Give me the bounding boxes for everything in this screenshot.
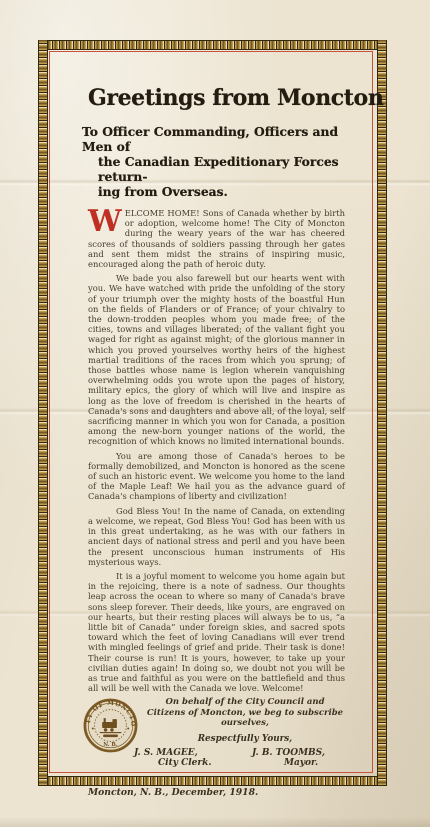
body-paragraph: God Bless You! In the name of Canada, on… bbox=[88, 506, 345, 567]
paper-edge-shadow bbox=[0, 817, 430, 827]
ornate-border-right bbox=[377, 40, 387, 786]
dateline: Moncton, N. B., December, 1918. bbox=[88, 787, 345, 798]
body-paragraph: You are among those of Canada's heroes t… bbox=[88, 451, 345, 502]
signature-city-clerk: J. S. MAGEE, City Clerk. bbox=[134, 748, 212, 768]
salutation-line: ing from Overseas. bbox=[82, 184, 358, 199]
letter-salutation: To Officer Commanding, Officers and Men … bbox=[82, 124, 358, 199]
letter-content: Greetings from Moncton To Officer Comman… bbox=[88, 86, 345, 798]
signature-row: J. S. MAGEE, City Clerk. J. B. TOOMBS, M… bbox=[88, 748, 345, 770]
ornate-border-left bbox=[38, 40, 48, 786]
city-seal: CITY OF MONCTON N. B. bbox=[82, 697, 139, 754]
body-paragraph: WELCOME HOME! Sons of Canada whether by … bbox=[88, 208, 345, 269]
signature-role: City Clerk. bbox=[134, 758, 212, 768]
on-behalf-text: On behalf of the City Council and Citize… bbox=[145, 697, 345, 728]
signature-name: J. B. TOOMBS, bbox=[252, 748, 325, 758]
respectfully-text: Respectfully Yours, bbox=[145, 734, 345, 744]
body-paragraph: It is a joyful moment to welcome you hom… bbox=[88, 571, 345, 693]
letter-title: Greetings from Moncton bbox=[88, 86, 345, 111]
letter-page: Greetings from Moncton To Officer Comman… bbox=[0, 0, 430, 827]
drop-cap: W bbox=[88, 209, 122, 235]
letter-body: WELCOME HOME! Sons of Canada whether by … bbox=[88, 208, 345, 693]
ornate-border-top bbox=[38, 40, 387, 50]
signature-name: J. S. MAGEE, bbox=[134, 748, 212, 758]
salutation-line: To Officer Commanding, Officers and Men … bbox=[82, 124, 358, 154]
salutation-line: the Canadian Expeditionary Forces return… bbox=[82, 154, 358, 184]
signature-mayor: J. B. TOOMBS, Mayor. bbox=[252, 748, 325, 768]
paragraph-text: ELCOME HOME! Sons of Canada whether by b… bbox=[88, 208, 345, 269]
body-paragraph: We bade you also farewell but our hearts… bbox=[88, 273, 345, 446]
signature-role: Mayor. bbox=[252, 758, 325, 768]
closing-block: CITY OF MONCTON N. B. On behalf of the C… bbox=[88, 697, 345, 797]
